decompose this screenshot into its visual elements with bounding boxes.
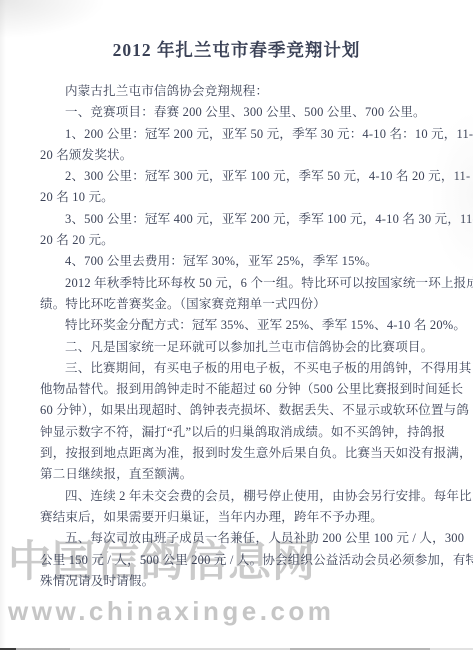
document-line: 2、300 公里：冠军 300 元，亚军 100 元，季军 50 元，4-10 … (40, 166, 444, 187)
watermark-site-url: www.chinaxinge.com (8, 596, 334, 627)
document-line: 1、200 公里：冠军 200 元，亚军 50 元，季军 30 元：4-10 名… (40, 124, 444, 145)
document-line: 内蒙古扎兰屯市信鸽协会竞翔规程： (40, 81, 444, 102)
document-page: 中国信鸽信息网 www.chinaxinge.com 2012 年扎兰屯市春季竞… (0, 0, 473, 650)
document-line: 20 名 20 元。 (40, 230, 444, 251)
document-line: 特比环奖金分配方式：冠军 35%、亚军 25%、季军 15%、4-10 名 20… (40, 315, 444, 336)
document-line: 他物品替代。报到用鸽钟走时不能超过 60 分钟（500 公里比赛报到时间延长 (40, 379, 444, 400)
document-line: 赛结束后，如果需要开归巢证，当年内办理，跨年不予办理。 (40, 507, 444, 528)
document-line: 五、每次司放由班子成员一名兼任，人员补助 200 公里 100 元 / 人，30… (40, 528, 444, 549)
document-line: 第二日继续报，直至额满。 (40, 464, 444, 485)
document-body: 内蒙古扎兰屯市信鸽协会竞翔规程：一、竞赛项目：春赛 200 公里、300 公里、… (40, 81, 444, 592)
document-line: 殊情况请及时请假。 (40, 571, 444, 592)
document-line: 60 分钟），如果出现超时、鸽钟表壳损坏、数据丢失、不显示或软环位置与鸽 (40, 400, 444, 421)
document-line: 一、竞赛项目：春赛 200 公里、300 公里、500 公里、700 公里。 (40, 102, 444, 123)
document-line: 四、连续 2 年未交会费的会员，棚号停止使用，由协会另行安排。每年比 (40, 486, 444, 507)
document-line: 2012 年秋季特比环每枚 50 元，6 个一组。特比环可以按国家统一环上报成 (40, 273, 444, 294)
document-line: 4、700 公里去费用：冠军 30%，亚军 25%，季军 15%。 (40, 251, 444, 272)
document-line: 20 名 10 元。 (40, 187, 444, 208)
document-line: 到，按报到地点距离为准，报到时发生意外后果自负。比赛当天如没有报满， (40, 443, 444, 464)
document-line: 二、凡是国家统一足环就可以参加扎兰屯市信鸽协会的比赛项目。 (40, 337, 444, 358)
document-line: 20 名颁发奖状。 (40, 145, 444, 166)
document-line: 绩。特比环吃普赛奖金。（国家赛竞翔单一式四份） (40, 294, 444, 315)
document-line: 公里 150 元 / 人，500 公里 200 元 / 人。协会组织公益活动会员… (40, 550, 444, 571)
document-line: 3、500 公里：冠军 400 元，亚军 200 元，季军 100 元，4-10… (40, 209, 444, 230)
document-line: 三、比赛期间，有买电子板的用电子板，不买电子板的用鸽钟，不得用其 (40, 358, 444, 379)
document-title: 2012 年扎兰屯市春季竞翔计划 (0, 37, 473, 62)
document-line: 钟显示数字不符，漏打“孔”以后的归巢鸽取消成绩。如不买鸽钟，持鸽报 (40, 422, 444, 443)
